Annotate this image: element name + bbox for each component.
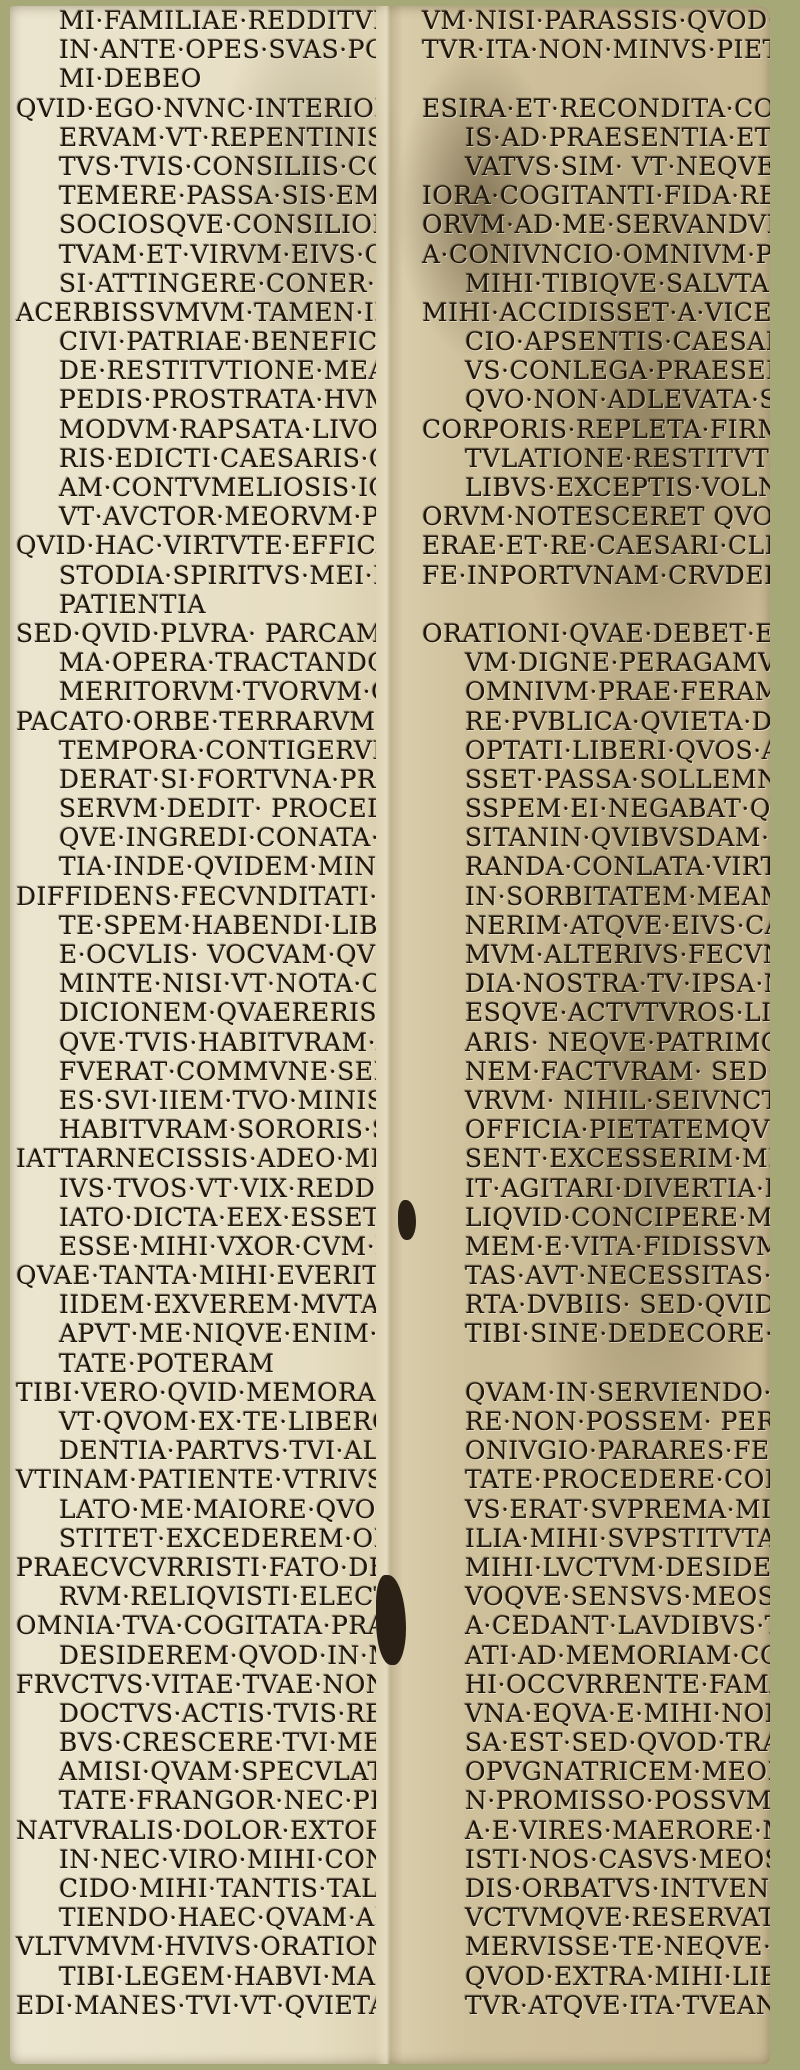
inscription-line: DIS·ORBATVS·INTVENS·FAMAM·TVAM·N	[420, 1874, 770, 1903]
inscription-line: QVAE·TANTA·MIHI·EVERIT·CV	[14, 1261, 376, 1290]
inscription-line: VM·DIGNE·PERAGAMVS·QVOM·PR	[420, 648, 770, 677]
inscription-line: ATI·AD·MEMORIAM·CONSECRA	[420, 1641, 770, 1670]
inscription-line: VM·NISI·PARASSIS·QVOD·S	[420, 6, 770, 35]
inscription-line: ORVM·NOTESCERET QVO·INOC	[420, 502, 770, 531]
inscription-line: OPVGNATRICEM·MEORVM·PERICVL	[420, 1757, 770, 1786]
inscription-line: DENTIA·PARTVS·TVI·ALTERI	[14, 1436, 376, 1465]
inscription-line: VCTVMQVE·RESERVATVS·VIDEOR	[420, 1903, 770, 1932]
inscription-line: SOCIOSQVE·CONSILIOR	[14, 210, 376, 239]
inscription-line: TATE·FRANGOR·NEC·PERMANE	[14, 1786, 376, 1815]
inscription-left-column: MI·FAMILIAE·REDDITVMA·SEIIN·ANTE·OPES·SV…	[14, 6, 376, 2020]
inscription-line: TIBI·VERO·QVID·MEMORAB	[14, 1378, 376, 1407]
inscription-line: TE·SPEM·HABENDI·LIBEROS	[14, 911, 376, 940]
inscription-line: QVE·INGREDI·CONATA·SIS·I	[14, 823, 376, 852]
inscription-line: TATE·POTERAM	[14, 1349, 376, 1378]
inscription-line: LIQVID·CONCIPERE·MENTE·QVA	[420, 1203, 770, 1232]
inscription-line: MEM·E·VITA·FIDISSVMA·PERMA	[420, 1232, 770, 1261]
inscription-line: MERITORVM·TVORVM·OC	[14, 677, 376, 706]
inscription-line: TATE·PROCEDERE·CONIVGIVM	[420, 1465, 770, 1494]
inscription-line: AMISI·QVAM·SPECVLATRICEM·I	[14, 1757, 376, 1786]
inscription-line: IATTARNECISSIS·ADEO·MEX	[14, 1144, 376, 1173]
inscription-line: OFFICIA·PIETATEMQVE·MIHI	[420, 1115, 770, 1144]
inscription-line: MI·FAMILIAE·REDDITVMA·SEI	[14, 6, 376, 35]
inscription-line: NATVRALIS·DOLOR·EXTORQVET·CONST	[14, 1816, 376, 1845]
inscription-line	[420, 64, 770, 93]
inscription-line: TIBI·LEGEM·HABVI·MANDATA·T	[14, 1962, 376, 1991]
inscription-line: ORVM·AD·ME·SERVANDVM	[420, 210, 770, 239]
inscription-line: SSET·PASSA·SOLLEMNIS·INSERVI	[420, 765, 770, 794]
inscription-line: DOCTVS·ACTIS·TVIS·RESISTAM·F	[14, 1699, 376, 1728]
inscription-line: SA·EST·SED·QVOD·TRANQVILLI·STATVS	[420, 1728, 770, 1757]
inscription-line: FRVCTVS·VITAE·TVAE·NON·DERVN	[14, 1670, 376, 1699]
inscription-line: IN·ANTE·OPES·SVAS·POLLIC	[14, 35, 376, 64]
inscription-line	[420, 590, 770, 619]
inscription-line: BVS·CRESCERE·TVI·MEMORIAM	[14, 1728, 376, 1757]
inscription-line: VLTVMVM·HVIVS·ORATIONIS·ERIT·OMI	[14, 1932, 376, 1961]
inscription-line: RVM·RELIQVISTI·ELECTAM·EGO	[14, 1582, 376, 1611]
inscription-line: ARIS· NEQVE·PATRIMONI·NOS	[420, 1028, 770, 1057]
inscription-line: DIFFIDENS·FECVNDITATI·TVAE	[14, 882, 376, 911]
inscription-line: ESQVE·ACTVTVROS·LIBEROS	[420, 998, 770, 1027]
inscription-line: OMNIA·TVA·COGITATA·PRAESCR	[14, 1611, 376, 1640]
inscription-line: MA·OPERA·TRACTANDO·P	[14, 648, 376, 677]
inscription-line: ACERBISSVMVM·TAMEN·IN·V	[14, 298, 376, 327]
inscription-line: SITANIN·QVIBVSDAM·FEMINIS	[420, 823, 770, 852]
inscription-line: RANDA·CONLATA·VIRTVTIBV	[420, 852, 770, 881]
inscription-line: TVS·TVIS·CONSILIIS·CON	[14, 152, 376, 181]
inscription-line: DIA·NOSTRA·TV·IPSA·MIHI·D	[420, 969, 770, 998]
inscription-line: A·CEDANT·LAVDIBVS·TVIS·VT·SINE·M	[420, 1611, 770, 1640]
inscription-line: VTINAM·PATIENTE·VTRIVSQ	[14, 1465, 376, 1494]
inscription-line: PRAECVCVRRISTI·FATO·DELEGAST	[14, 1553, 376, 1582]
inscription-line: ESIRA·ET·RECONDITA·CONSILIA·S	[420, 94, 770, 123]
inscription-line: SI·ATTINGERE·CONER·SA	[14, 269, 376, 298]
inscription-line: ONIVGIO·PARARES·FECVNDITAT	[420, 1436, 770, 1465]
inscription-line: MIHI·ACCIDISSET·A·VICE·TATE·BO	[420, 298, 770, 327]
inscription-line: FVERAT·COMMVNE·SEPAR	[14, 1057, 376, 1086]
inscription-line: QVOD·EXTRA·MIHI·LIBERVM·FVERIT·PR	[420, 1962, 770, 1991]
inscription-line: HABITVRAM·SORORIS·SOC	[14, 1115, 376, 1144]
inscription-line: MI·DEBEO	[14, 64, 376, 93]
inscription-line: RTA·DVBIIS· SED·QVID·PLVRA	[420, 1290, 770, 1319]
inscription-line: IT·AGITARI·DIVERTIA·INTER·NOS	[420, 1174, 770, 1203]
inscription-right-column: VM·NISI·PARASSIS·QVOD·STVR·ITA·NON·MINVS…	[420, 6, 770, 2020]
inscription-line: VOQVE·SENSVS·MEOS·AD·IVDICIA·T	[420, 1582, 770, 1611]
inscription-line: OMNIVM·PRAE·FERAM·TITVLVM	[420, 677, 770, 706]
inscription-line: DE·RESTITVTIONE·MEA·M	[14, 356, 376, 385]
inscription-line: TEMERE·PASSA·SIS·EMO	[14, 181, 376, 210]
inscription-line: QVID·HAC·VIRTVTE·EFFICACIV	[14, 531, 376, 560]
inscription-line: VS·ERAT·SVPREMA·MIHI·PRAESTA	[420, 1495, 770, 1524]
column-seam	[375, 6, 403, 2064]
inscription-line: ORATIONI·QVAE·DEBET·ET·POTEST	[420, 619, 770, 648]
inscription-line: ISTI·NOS·CASVS·MEOS·FVTVROSQVE·VE	[420, 1845, 770, 1874]
inscription-line: SSPEM·EI·NEGABAT·QVID·AGITA	[420, 794, 770, 823]
damage-hole-upper	[398, 1200, 416, 1240]
inscription-line: ERVAM·VT·REPENTINIS·N	[14, 123, 376, 152]
inscription-line: PEDIS·PROSTRATA·HVMI·N	[14, 385, 376, 414]
inscription-line: MVM·ALTERIVS·FECVNDITATE	[420, 940, 770, 969]
inscription-line: TAS·AVT·NECESSITAS·HABENDI·I	[420, 1261, 770, 1290]
inscription-line: MODVM·RAPSATA·LIVOR	[14, 415, 376, 444]
inscription-line: ES·SVI·IIEM·TVO·MINISTERIO	[14, 1086, 376, 1115]
inscription-line: MIHI·LVCTVM·DESIDERIO·TVI·NEC·LIBE	[420, 1553, 770, 1582]
inscription-line: TIBI·SINE·DEDECORE·MEO·ET·C	[420, 1319, 770, 1348]
inscription-line: EDI·MANES·TVI·VT·QVIETAM·PAT	[14, 1991, 376, 2020]
inscription-line: ERAE·ET·RE·CAESARI·CLEMENTIA	[420, 531, 770, 560]
inscription-line	[420, 1349, 770, 1378]
inscription-line: VT·AVCTOR·MEORVM·PERIC	[14, 502, 376, 531]
inscription-line: RIS·EDICTI·CAESARIS·CVM	[14, 444, 376, 473]
inscription-line: A·CONIVNCIO·OMNIVM·P	[420, 240, 770, 269]
inscription-line: TVLATIONE·RESTITVTIONIS·ME	[420, 444, 770, 473]
inscription-line: MIHI·TIBIQVE·SALVTARI·FER	[420, 269, 770, 298]
inscription-line: NERIM·ATQVE·EIVS·CAVSSA·ES	[420, 911, 770, 940]
inscription-line: QVID·EGO·NVNC·INTERIORA	[14, 94, 376, 123]
inscription-line: ILIA·MIHI·SVPSTITVTA	[420, 1524, 770, 1553]
inscription-line: LIBVS·EXCEPTIS·VOLNERIBVS·P	[420, 473, 770, 502]
inscription-line: TIENDO·HAEC·QVAM·AD·DESIDE	[14, 1903, 376, 1932]
inscription-line: STITET·EXCEDEREM·ORBITA	[14, 1524, 376, 1553]
inscription-line: AM·CONTVMELIOSIS·ICT	[14, 473, 376, 502]
inscription-line: CIO·APSENTIS·CAESARIS·AVGVST	[420, 327, 770, 356]
inscription-line: TEMPORA·CONTIGERVNT·IV	[14, 736, 376, 765]
inscription-line: VATVS·SIM· VT·NEQVE·AVDAC	[420, 152, 770, 181]
inscription-line: QVO·NON·ADLEVATA·SED·TRA	[420, 385, 770, 414]
inscription-line: MERVISSE·TE·NEQVE·OMNIA·CONTIGISSE·MI	[420, 1932, 770, 1961]
inscription-line: QVE·TVIS·HABITVRAM·ADI	[14, 1028, 376, 1057]
inscription-line: N·PROMISSO·POSSVM	[420, 1786, 770, 1815]
inscription-line: DERAT·SI·FORTVNA·PROCED	[14, 765, 376, 794]
inscription-line: SENT·EXCESSERIM·MENTE·A·DEO	[420, 1144, 770, 1173]
inscription-line: VS·CONLEGA·PRAESENS·INTER	[420, 356, 770, 385]
inscription-line: OPTATI·LIBERI·QVOS·ALIQVA	[420, 736, 770, 765]
inscription-line: HI·OCCVRRENTE·FAMA·TVA·FIRMA	[420, 1670, 770, 1699]
inscription-line: DICIONEM·QVAERERIS·P	[14, 998, 376, 1027]
inscription-line: TVAM·ET·VIRVM·EIVS·C	[14, 240, 376, 269]
inscription-line: IORA·COGITANTI·FIDA·REC	[420, 181, 770, 210]
inscription-line: RE·PVBLICA·QVIETA·DEINDE	[420, 707, 770, 736]
inscription-line: E·OCVLIS· VOCVAM·QV	[14, 940, 376, 969]
inscription-line: DESIDEREM·QVOD·IN·MORT	[14, 1641, 376, 1670]
inscription-line: APVT·ME·NIQVE·ENIM·CE	[14, 1319, 376, 1348]
inscription-line: CIDO·MIHI·TANTIS·TALIBVSQVE·PR	[14, 1874, 376, 1903]
inscription-line: IVS·TVOS·VT·VIX·REDDERER	[14, 1174, 376, 1203]
inscription-line: VRVM· NIHIL·SEIVNCTVM·N	[420, 1086, 770, 1115]
inscription-line: RE·NON·POSSEM· PER·TE·TAMEN	[420, 1407, 770, 1436]
inscription-line: TIA·INDE·QVIDEM·MINVS·LA	[14, 852, 376, 881]
inscription-line: ESSE·MIHI·VXOR·CVM·PAIN	[14, 1232, 376, 1261]
inscription-line: IS·AD·PRAESENTIA·ET·IN·MINE	[420, 123, 770, 152]
inscription-line: CIVI·PATRIAE·BENEFICIO·E	[14, 327, 376, 356]
inscription-line: FE·INPORTVNAM·CRVDELITATE	[420, 561, 770, 590]
inscription-line: CORPORIS·REPLETA·FIRMISSIMO	[420, 415, 770, 444]
inscription-line: MINTE·NISI·VT·NOTA·CON	[14, 969, 376, 998]
inscription-line: IN·SORBITATEM·MEAM·TENEN	[420, 882, 770, 911]
inscription-line: A·E·VIRES·MAERORE·MERSOR·ET·QVIBV	[420, 1816, 770, 1845]
inscription-line: TVR·ITA·NON·MINVS·PIETATE·IV	[420, 35, 770, 64]
inscription-line: VT·QVOM·EX·TE·LIBEROS·H	[14, 1407, 376, 1436]
inscription-line: LATO·ME·MAIORE·QVOD·I	[14, 1495, 376, 1524]
inscription-line: IATO·DICTA·EEX·ESSET·POSS	[14, 1203, 376, 1232]
inscription-line: SED·QVID·PLVRA· PARCAM	[14, 619, 376, 648]
inscription-line: STODIA·SPIRITVS·MEI·NO	[14, 561, 376, 590]
inscription-line: PATIENTIA	[14, 590, 376, 619]
inscription-line: TVR·ATQVE·ITA·TVEANTVR·OPTO	[420, 1991, 770, 2020]
inscription-line: PACATO·ORBE·TERRARVM·RES	[14, 707, 376, 736]
inscription-line: SERVM·DEDIT· PROCEDENS	[14, 794, 376, 823]
inscription-line: IN·NEC·VIRO·MIHI·CONSTOR·EPETI	[14, 1845, 376, 1874]
inscription-line: IIDEM·EXVEREM·MVTAREI	[14, 1290, 376, 1319]
inscription-line: NEM·FACTVRAM· SED·IN·EODE	[420, 1057, 770, 1086]
inscription-line: VNA·EQVA·E·MIHI·NON·OMNIA·ERIP	[420, 1699, 770, 1728]
inscription-line: QVAM·IN·SERVIENDO·MIHI	[420, 1378, 770, 1407]
